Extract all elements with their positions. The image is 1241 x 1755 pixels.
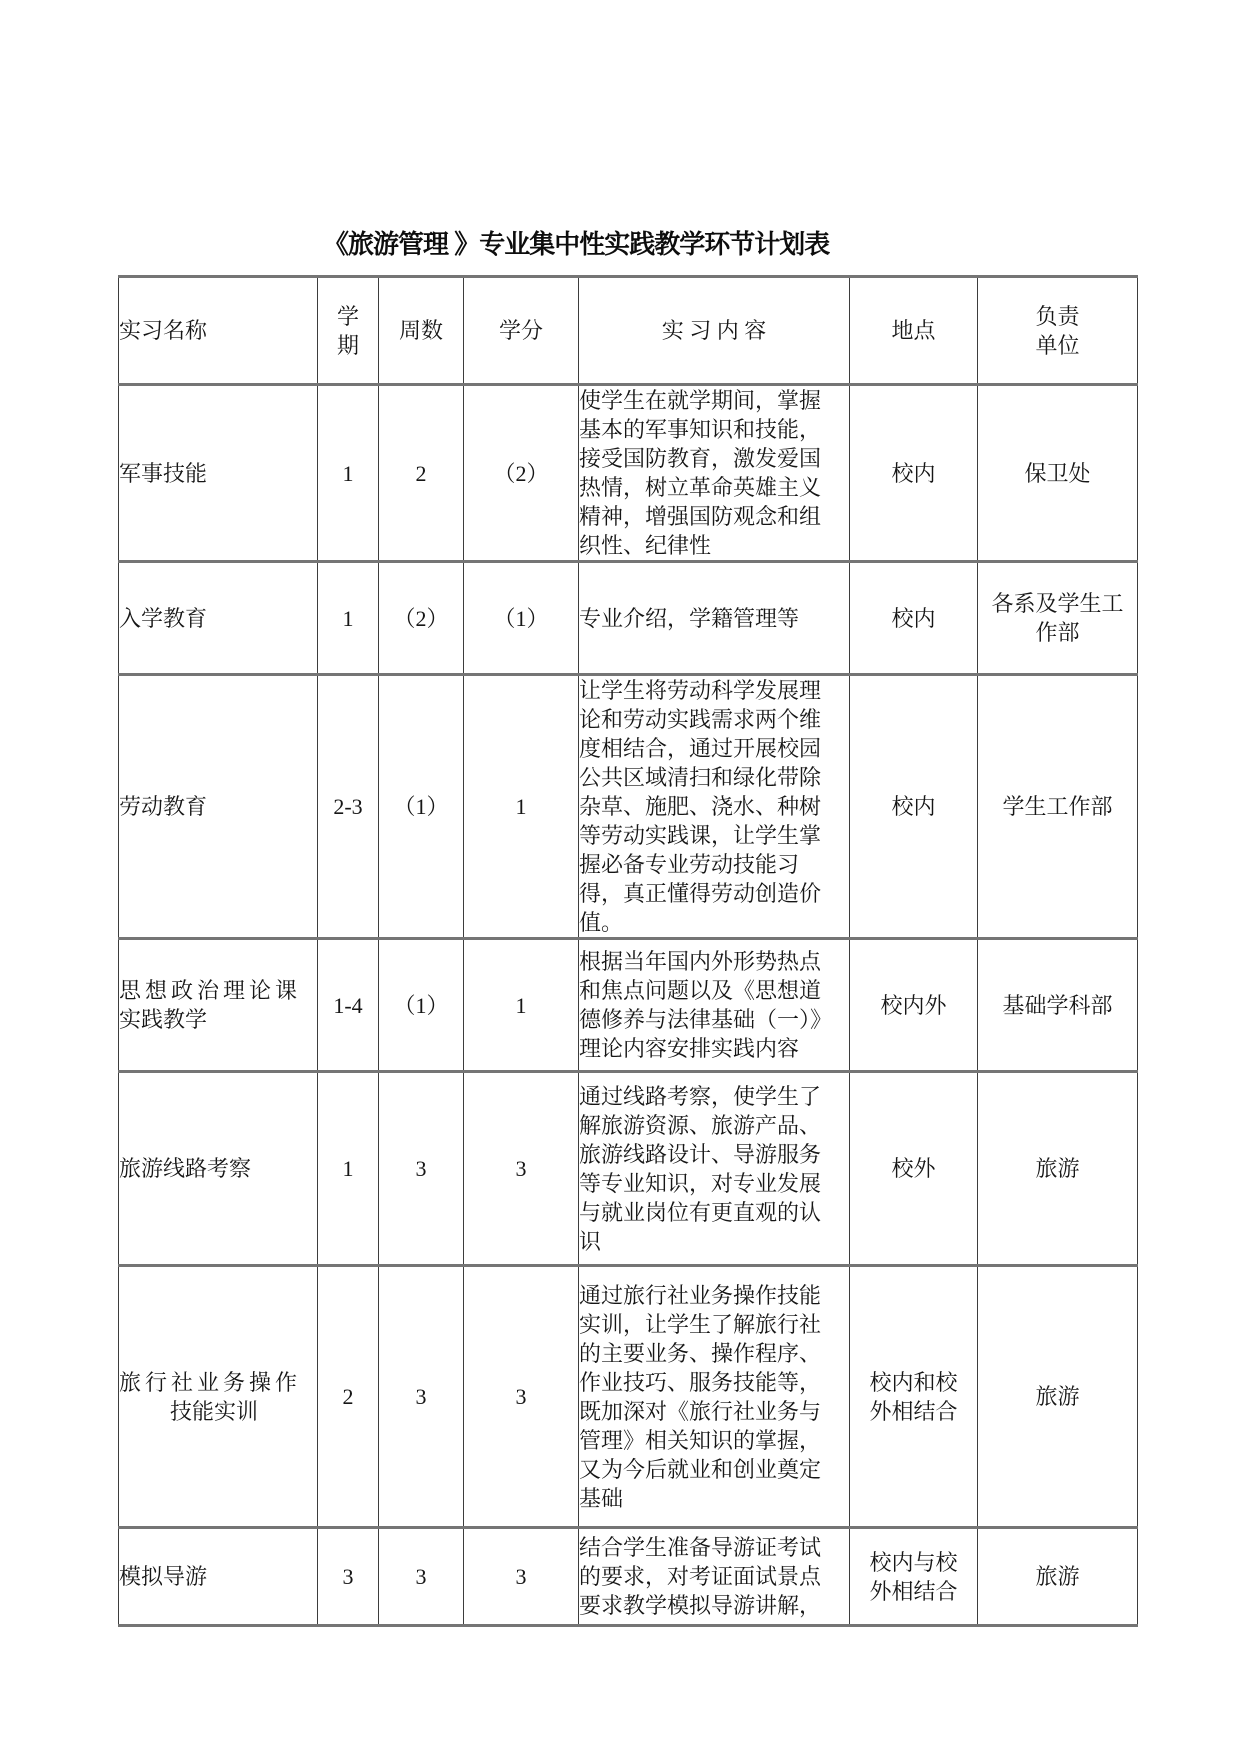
table-row: 军事技能 1 2 （2） 使学生在就学期间，掌握 基本的军事知识和技能， 接受国…: [119, 385, 1138, 562]
cell-content: 根据当年国内外形势热点 和焦点问题以及《思想道 德修养与法律基础（一）》 理论内…: [579, 939, 850, 1072]
cell-unit: 各系及学生工 作部: [978, 562, 1138, 675]
cell-name: 模拟导游: [119, 1528, 318, 1626]
header-cell-location: 地点: [850, 277, 978, 385]
table-row: 模拟导游 3 3 3 结合学生准备导游证考试 的要求，对考证面试景点 要求教学模…: [119, 1528, 1138, 1626]
header-cell-weeks: 周数: [379, 277, 464, 385]
cell-unit: 旅游: [978, 1528, 1138, 1626]
cell-location: 校内: [850, 675, 978, 939]
cell-semester: 1: [318, 1072, 379, 1266]
cell-credits: 1: [464, 939, 579, 1072]
cell-location: 校内: [850, 562, 978, 675]
cell-unit: 旅游: [978, 1072, 1138, 1266]
cell-content: 使学生在就学期间，掌握 基本的军事知识和技能， 接受国防教育，激发爱国 热情，树…: [579, 385, 850, 562]
cell-unit: 保卫处: [978, 385, 1138, 562]
cell-semester: 1-4: [318, 939, 379, 1072]
cell-name: 旅行社业务操作 技能实训: [119, 1266, 318, 1528]
cell-name: 军事技能: [119, 385, 318, 562]
cell-credits: 1: [464, 675, 579, 939]
table-row: 入学教育 1 （2） （1） 专业介绍，学籍管理等 校内 各系及学生工 作部: [119, 562, 1138, 675]
cell-semester: 2-3: [318, 675, 379, 939]
cell-weeks: 2: [379, 385, 464, 562]
header-cell-unit: 负责 单位: [978, 277, 1138, 385]
cell-weeks: 3: [379, 1528, 464, 1626]
cell-semester: 2: [318, 1266, 379, 1528]
cell-semester: 1: [318, 385, 379, 562]
practice-plan-table: 实习名称 学 期 周数 学分 实 习 内 容 地点 负责 单位 军事技能 1 2…: [118, 275, 1138, 1627]
cell-weeks: （2）: [379, 562, 464, 675]
table-row: 劳动教育 2-3 （1） 1 让学生将劳动科学发展理 论和劳动实践需求两个维 度…: [119, 675, 1138, 939]
cell-location: 校内外: [850, 939, 978, 1072]
cell-name: 思想政治理论课 实践教学: [119, 939, 318, 1072]
cell-name: 旅游线路考察: [119, 1072, 318, 1266]
cell-name-line1: 旅行社业务操作: [119, 1368, 317, 1397]
cell-credits: （1）: [464, 562, 579, 675]
cell-content: 结合学生准备导游证考试 的要求，对考证面试景点 要求教学模拟导游讲解，: [579, 1528, 850, 1626]
cell-credits: （2）: [464, 385, 579, 562]
cell-content: 专业介绍，学籍管理等: [579, 562, 850, 675]
cell-location: 校外: [850, 1072, 978, 1266]
cell-unit: 基础学科部: [978, 939, 1138, 1072]
cell-unit: 学生工作部: [978, 675, 1138, 939]
cell-name: 入学教育: [119, 562, 318, 675]
cell-name-line2: 实践教学: [119, 1005, 317, 1034]
cell-weeks: 3: [379, 1072, 464, 1266]
cell-credits: 3: [464, 1528, 579, 1626]
header-cell-credits: 学分: [464, 277, 579, 385]
cell-content: 通过线路考察，使学生了 解旅游资源、旅游产品、 旅游线路设计、导游服务 等专业知…: [579, 1072, 850, 1266]
cell-weeks: （1）: [379, 939, 464, 1072]
page-title: 《旅游管理 》专业集中性实践教学环节计划表: [323, 224, 829, 261]
cell-unit: 旅游: [978, 1266, 1138, 1528]
header-cell-content: 实 习 内 容: [579, 277, 850, 385]
table-header-row: 实习名称 学 期 周数 学分 实 习 内 容 地点 负责 单位: [119, 277, 1138, 385]
cell-weeks: （1）: [379, 675, 464, 939]
cell-content: 让学生将劳动科学发展理 论和劳动实践需求两个维 度相结合，通过开展校园 公共区域…: [579, 675, 850, 939]
table-row: 旅行社业务操作 技能实训 2 3 3 通过旅行社业务操作技能 实训，让学生了解旅…: [119, 1266, 1138, 1528]
document-page: 《旅游管理 》专业集中性实践教学环节计划表 实习名称 学 期 周数 学分 实 习…: [0, 0, 1241, 1755]
cell-credits: 3: [464, 1072, 579, 1266]
cell-name-line2: 技能实训: [119, 1397, 317, 1426]
table-row: 思想政治理论课 实践教学 1-4 （1） 1 根据当年国内外形势热点 和焦点问题…: [119, 939, 1138, 1072]
header-cell-name: 实习名称: [119, 277, 318, 385]
cell-location: 校内: [850, 385, 978, 562]
cell-name: 劳动教育: [119, 675, 318, 939]
cell-content: 通过旅行社业务操作技能 实训，让学生了解旅行社 的主要业务、操作程序、 作业技巧…: [579, 1266, 850, 1528]
header-cell-semester: 学 期: [318, 277, 379, 385]
cell-weeks: 3: [379, 1266, 464, 1528]
cell-name-line1: 思想政治理论课: [119, 976, 317, 1005]
cell-semester: 1: [318, 562, 379, 675]
cell-semester: 3: [318, 1528, 379, 1626]
cell-location: 校内和校 外相结合: [850, 1266, 978, 1528]
cell-location: 校内与校 外相结合: [850, 1528, 978, 1626]
table-row: 旅游线路考察 1 3 3 通过线路考察，使学生了 解旅游资源、旅游产品、 旅游线…: [119, 1072, 1138, 1266]
cell-credits: 3: [464, 1266, 579, 1528]
